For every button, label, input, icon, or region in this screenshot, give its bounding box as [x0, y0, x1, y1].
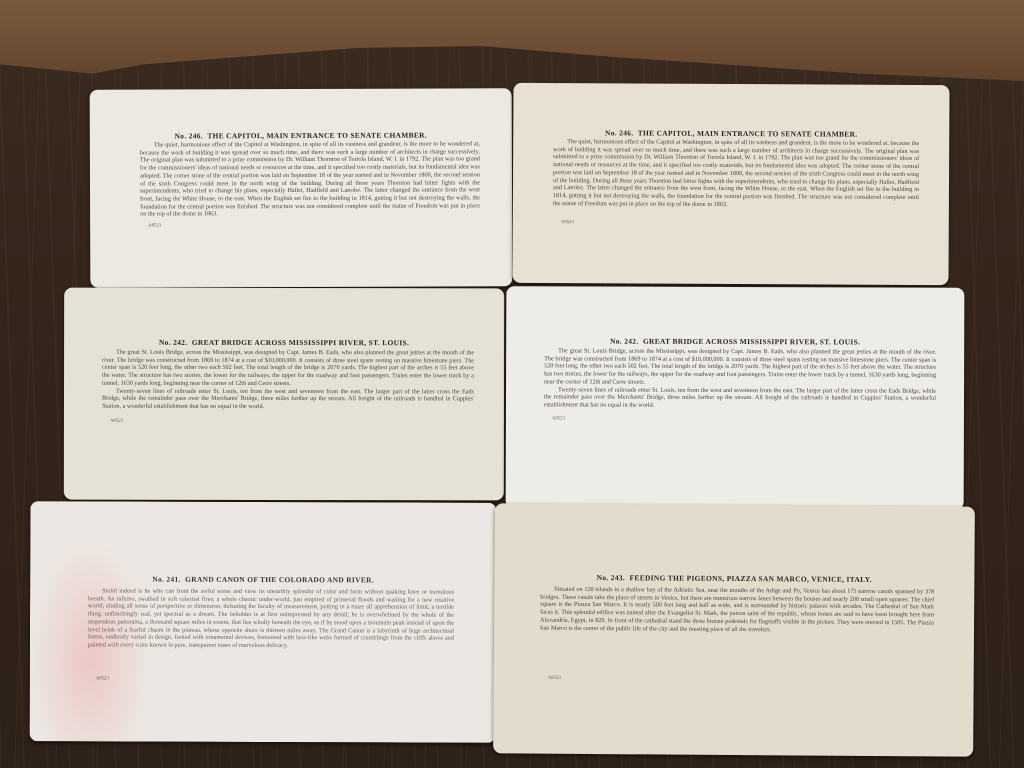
card-number: No. 246.: [175, 131, 203, 140]
stereoview-card-piazza-san-marco: No. 243. FEEDING THE PIGEONS, PIAZZA SAN…: [493, 503, 975, 756]
card-number: No. 246.: [605, 128, 634, 137]
stereoview-card-capitol-2: No. 246. THE CAPITOL, MAIN ENTRANCE TO S…: [512, 83, 949, 285]
card-title: No. 246. THE CAPITOL, MAIN ENTRANCE TO S…: [90, 130, 512, 140]
card-title: No. 243. FEEDING THE PIGEONS, PIAZZA SAN…: [494, 572, 974, 584]
card-title: No. 242. GREAT BRIDGE ACROSS MISSISSIPPI…: [506, 336, 964, 347]
cardboard-box-lid: [0, 0, 1024, 92]
card-number: No. 242.: [159, 338, 187, 347]
card-description: The quiet, harmonious effect of the Capi…: [553, 138, 919, 209]
card-code: A8523: [561, 220, 574, 225]
card-description: Situated on 120 islands in a shallow bay…: [540, 586, 934, 635]
card-title: No. 241. GRAND CANON OF THE COLORADO AND…: [30, 574, 496, 585]
stereoview-card-capitol-1: No. 246. THE CAPITOL, MAIN ENTRANCE TO S…: [90, 88, 513, 287]
card-paragraph: The great St. Louis Bridge, across the M…: [102, 349, 474, 388]
stereoview-card-grand-canon: No. 241. GRAND CANON OF THE COLORADO AND…: [30, 501, 497, 743]
card-paragraph: Twenty-seven lines of railroads enter St…: [544, 386, 936, 410]
card-paragraph: Twenty-seven lines of railroads enter St…: [102, 387, 474, 411]
card-title-text: FEEDING THE PIGEONS, PIAZZA SAN MARCO, V…: [630, 573, 873, 584]
card-title-text: GREAT BRIDGE ACROSS MISSISSIPPI RIVER, S…: [643, 337, 860, 347]
card-code: A8523: [148, 223, 161, 228]
card-number: No. 242.: [610, 337, 639, 346]
card-number: No. 241.: [152, 575, 181, 584]
card-title-text: THE CAPITOL, MAIN ENTRANCE TO SENATE CHA…: [638, 129, 858, 139]
card-paragraph: Situated on 120 islands in a shallow bay…: [540, 586, 934, 635]
card-title-text: GREAT BRIDGE ACROSS MISSISSIPPI RIVER, S…: [192, 338, 409, 347]
card-code: A8523: [552, 416, 565, 421]
stereoview-card-st-louis-bridge-2: No. 242. GREAT BRIDGE ACROSS MISSISSIPPI…: [506, 286, 965, 510]
card-description: Stolid indeed is he who can front the aw…: [88, 587, 454, 650]
card-paragraph: The quiet, harmonious effect of the Capi…: [140, 140, 480, 218]
card-title-text: GRAND CANON OF THE COLORADO AND RIVER.: [185, 575, 374, 585]
card-title-text: THE CAPITOL, MAIN ENTRANCE TO SENATE CHA…: [207, 131, 427, 141]
card-paragraph: Stolid indeed is he who can front the aw…: [88, 587, 454, 650]
card-description: The great St. Louis Bridge, across the M…: [544, 347, 936, 410]
card-paragraph: The great St. Louis Bridge, across the M…: [544, 347, 936, 387]
card-code: A8523: [548, 676, 561, 681]
card-paragraph: The quiet, harmonious effect of the Capi…: [553, 138, 919, 209]
card-description: The great St. Louis Bridge, across the M…: [102, 349, 474, 411]
stereoview-card-st-louis-bridge-1: No. 242. GREAT BRIDGE ACROSS MISSISSIPPI…: [64, 288, 504, 501]
card-code: A8523: [96, 676, 109, 681]
card-code: A8523: [110, 419, 123, 424]
card-description: The quiet, harmonious effect of the Capi…: [140, 140, 480, 218]
card-number: No. 243.: [597, 573, 626, 582]
card-title: No. 242. GREAT BRIDGE ACROSS MISSISSIPPI…: [64, 338, 504, 348]
